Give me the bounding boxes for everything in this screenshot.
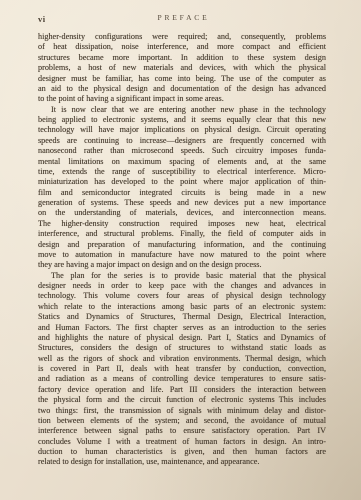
text-line: concludes Volume I with a treatment of h… [38,437,326,447]
text-line: related to design for installation, use,… [38,457,326,467]
text-line: is covered in Part II, deals with heat t… [38,364,326,374]
text-line: well as the rigors of shock and vibratio… [38,354,326,364]
text-line: nanosecond rather than microsecond speed… [38,146,326,156]
text-line: being applied to electronic systems, and… [38,115,326,125]
text-line: interference, and structural problems. F… [38,229,326,239]
paragraph: The plan for the series is to provide ba… [38,271,326,468]
text-line: interference between signal paths to ens… [38,426,326,436]
text-line: technology. This volume covers four area… [38,291,326,301]
text-line: of heat dissipation, noise interference,… [38,42,326,52]
text-line: technology will have major implications … [38,125,326,135]
text-line: miniaturization has developed to the poi… [38,177,326,187]
text-line: mental limitations on maximum spacing of… [38,157,326,167]
paragraph: higher-density configurations were requi… [38,32,326,105]
text-line: two things: first, the transmission of s… [38,406,326,416]
text-line: Structures, considers the design of stru… [38,343,326,353]
text-line: and radiation as a means of controlling … [38,374,326,384]
text-line: designer needs in order to keep pace wit… [38,281,326,291]
text-line: design and preparation of manufacturing … [38,240,326,250]
text-line: designer must be familiar, has come into… [38,74,326,84]
text-line: an aid to the physical design and docume… [38,84,326,94]
text-line: duction to human characteristics is give… [38,447,326,457]
text-line: they are having a major impact on design… [38,260,326,270]
text-line: time, extends the range of susceptibilit… [38,167,326,177]
text-line: Statics and Dynamics of Structures, Ther… [38,312,326,322]
text-line: the physical form and the circuit functi… [38,395,326,405]
page-body: higher-density configurations were requi… [38,32,326,468]
text-line: higher-density configurations were requi… [38,32,326,42]
page-header: vi PREFACE [38,13,326,32]
text-line: and highlights the nature of physical de… [38,333,326,343]
text-line: It is now clear that we are entering ano… [38,105,326,115]
paragraph: It is now clear that we are entering ano… [38,105,326,271]
text-line: generation of systems. These speeds and … [38,198,326,208]
text-line: speeds are continuing to increase—design… [38,136,326,146]
text-line: The plan for the series is to provide ba… [38,271,326,281]
text-line: film and semiconductor integrated circui… [38,188,326,198]
text-line: move to automation in manufacture have n… [38,250,326,260]
text-line: on the understanding of materials, devic… [38,208,326,218]
page-number: vi [38,14,46,24]
text-line: which relate to the interactions among b… [38,302,326,312]
text-line: problems, a host of new materials and de… [38,63,326,73]
page-title: PREFACE [38,13,326,22]
text-line: and Human Factors. The first chapter ser… [38,323,326,333]
text-block: vi PREFACE higher-density configurations… [38,13,326,468]
text-line: factory device operation and life. Part … [38,385,326,395]
text-line: The higher-density construction required… [38,219,326,229]
text-line: structures became more important. In add… [38,53,326,63]
text-line: to the point of having a significant imp… [38,94,326,104]
text-line: tion between elements of the system; and… [38,416,326,426]
book-page-scan: vi PREFACE higher-density configurations… [0,0,361,500]
